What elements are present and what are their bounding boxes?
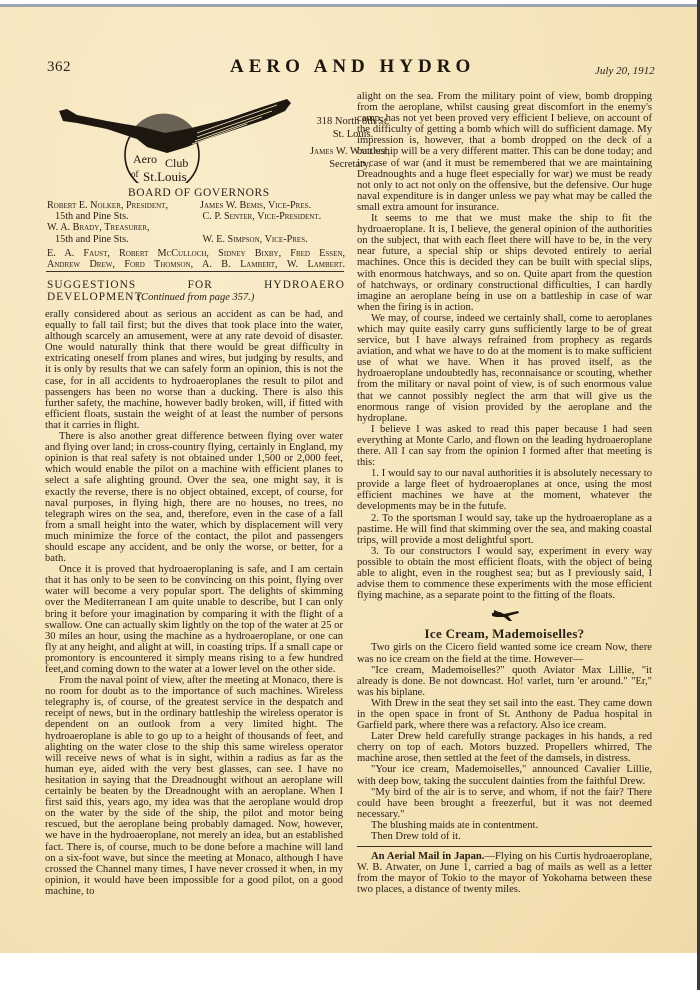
- board-members-line-1: E. A. Faust, Robert McCulloch, Sidney Bi…: [47, 248, 345, 259]
- divider-rule: [357, 846, 652, 847]
- story-paragraph: With Drew in the seat they set sail into…: [357, 698, 652, 731]
- article-paragraph: 2. To the sportsman I would say, take up…: [357, 513, 652, 546]
- board-row: W. A. Brady, Treasurer,: [47, 222, 345, 233]
- article-paragraph: There is also another great difference b…: [45, 431, 343, 564]
- magazine-title: AERO AND HYDRO: [230, 56, 475, 78]
- article-paragraph: We may, of course, indeed we certainly s…: [357, 313, 652, 424]
- logo-text-of: of: [131, 169, 139, 179]
- board-row: 15th and Pine Sts. C. P. Senter, Vice-Pr…: [47, 211, 345, 222]
- board-row: 15th and Pine Sts. W. E. Simpson, Vice-P…: [47, 234, 345, 245]
- article-paragraph: Once it is proved that hydroaeroplaning …: [45, 564, 343, 675]
- story-paragraph: Later Drew held carefully strange packag…: [357, 731, 652, 764]
- logo-text-aero: Aero: [133, 152, 157, 166]
- aero-club-block: Aero Club of St.Louis 318 North 8th St. …: [40, 95, 345, 195]
- board-entry: Robert E. Nolker, President,: [47, 200, 197, 211]
- board-members-line-2: Andrew Drew, Ford Thomson, A. B. Lambert…: [47, 259, 345, 270]
- board-of-governors: Robert E. Nolker, President, James W. Be…: [47, 200, 345, 270]
- board-entry: C. P. Senter, Vice-President.: [202, 211, 345, 222]
- article-paragraph: From the naval point of view, after the …: [45, 675, 343, 897]
- issue-date: July 20, 1912: [595, 65, 655, 77]
- story-paragraph: "My bird of the air is to serve, and who…: [357, 787, 652, 820]
- page-number: 362: [47, 59, 71, 76]
- logo-text-stlouis: St.Louis: [143, 169, 187, 183]
- left-column: erally considered about as serious an ac…: [45, 309, 343, 897]
- board-entry: 15th and Pine Sts.: [47, 211, 202, 222]
- board-entry: W. E. Simpson, Vice-Pres.: [202, 234, 345, 245]
- article-paragraph: It seems to me that we must make the shi…: [357, 213, 652, 313]
- article-paragraph: 1. I would say to our naval authorities …: [357, 468, 652, 512]
- story-paragraph: "Your ice cream, Mademoiselles," announc…: [357, 764, 652, 786]
- magazine-page: 362 AERO AND HYDRO July 20, 1912 Aero Cl…: [0, 4, 697, 953]
- airplane-ornament-icon: [490, 608, 520, 624]
- right-column: alight on the sea. From the military poi…: [357, 91, 652, 895]
- article-paragraph: erally considered about as serious an ac…: [45, 309, 343, 431]
- ice-cream-title: Ice Cream, Mademoiselles?: [357, 628, 652, 639]
- board-entry: 15th and Pine Sts.: [47, 234, 202, 245]
- board-row: Robert E. Nolker, President, James W. Be…: [47, 200, 345, 211]
- aero-club-eagle-logo-icon: Aero Club of St.Louis: [47, 97, 307, 183]
- aerial-mail-lead: An Aerial Mail in Japan.: [371, 851, 484, 862]
- article-paragraph: I believe I was asked to read this paper…: [357, 424, 652, 468]
- story-paragraph: The blushing maids ate in contentment.: [357, 820, 652, 831]
- article-paragraph: alight on the sea. From the military poi…: [357, 91, 652, 213]
- continued-note: (Continued from page 357.): [47, 292, 345, 303]
- aerial-mail-note: An Aerial Mail in Japan.—Flying on his C…: [357, 851, 652, 895]
- article-paragraph: 3. To our constructors I would say, expe…: [357, 546, 652, 601]
- board-entry: James W. Bemis, Vice-Pres.: [200, 200, 345, 211]
- divider-rule: [46, 271, 344, 272]
- story-paragraph: Then Drew told of it.: [357, 831, 652, 842]
- page-header: 362 AERO AND HYDRO July 20, 1912: [0, 7, 697, 87]
- story-paragraph: "Ice cream, Mademoiselles?" quoth Aviato…: [357, 665, 652, 698]
- board-title: BOARD OF GOVERNORS: [128, 187, 270, 199]
- story-paragraph: Two girls on the Cicero field wanted som…: [357, 642, 652, 664]
- board-entry: [200, 222, 345, 233]
- board-entry: W. A. Brady, Treasurer,: [47, 222, 197, 233]
- logo-text-club: Club: [165, 156, 188, 170]
